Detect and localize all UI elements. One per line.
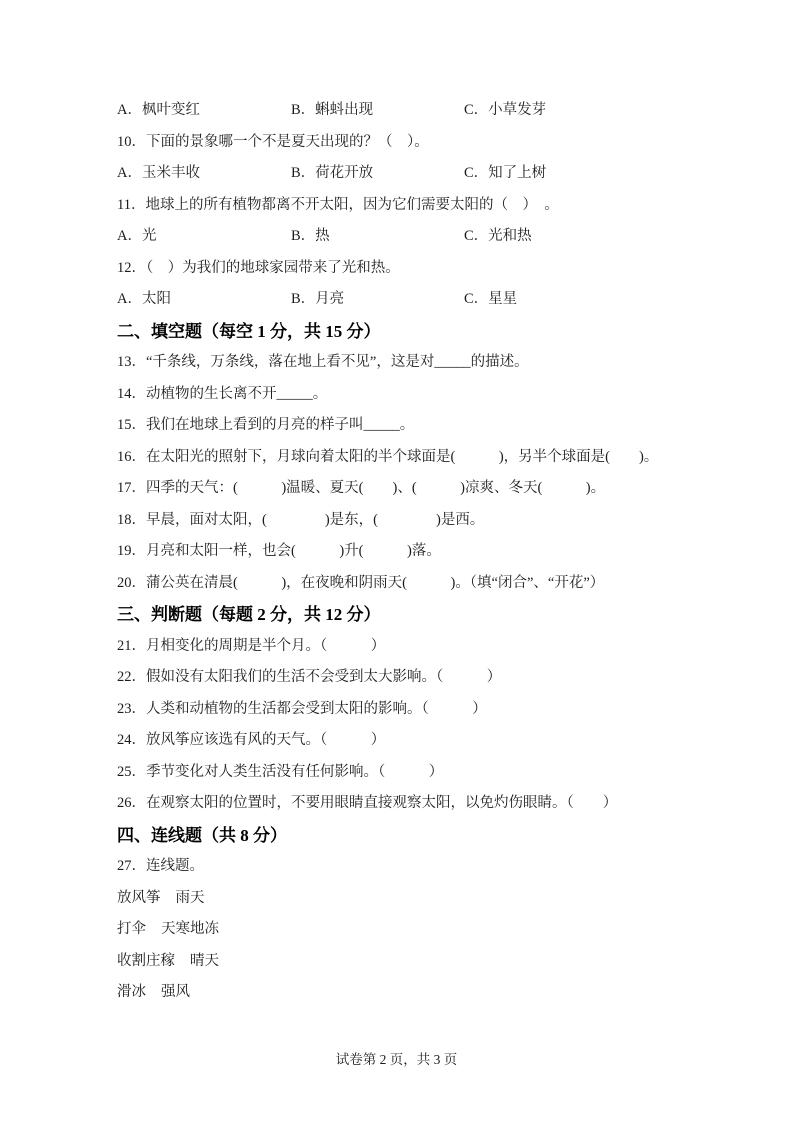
section-heading: 三、判断题（每题 2 分，共 12 分） [117, 599, 693, 631]
options-row: A．玉米丰收B．荷花开放C．知了上树 [117, 158, 693, 190]
question-line: 20．蒲公英在清晨( )，在夜晚和阴雨天( )。（填“闭合”、“开花”） [117, 568, 693, 600]
option-a: A．太阳 [117, 284, 291, 316]
match-pair-row: 放风筝雨天 [117, 883, 693, 915]
question-line: 25．季节变化对人类生活没有任何影响。（ ） [117, 757, 693, 789]
page-footer: 试卷第 2 页，共 3 页 [0, 1050, 793, 1070]
option-b: B．荷花开放 [291, 158, 464, 190]
option-b: B．热 [291, 221, 464, 253]
section-heading: 二、填空题（每空 1 分，共 15 分） [117, 316, 693, 348]
question-line: 11．地球上的所有植物都离不开太阳，因为它们需要太阳的（ ） 。 [117, 190, 693, 222]
question-line: 26．在观察太阳的位置时，不要用眼睛直接观察太阳，以免灼伤眼睛。（ ） [117, 788, 693, 820]
section-heading: 四、连线题（共 8 分） [117, 820, 693, 852]
question-line: 19．月亮和太阳一样，也会( )升( )落。 [117, 536, 693, 568]
question-line: 14．动植物的生长离不开_____。 [117, 379, 693, 411]
option-c: C．光和热 [464, 221, 693, 253]
option-c: C．小草发芽 [464, 95, 693, 127]
match-left-item: 放风筝 [117, 890, 161, 906]
question-line: 27．连线题。 [117, 851, 693, 883]
exam-paper-page: A．枫叶变红B．蝌蚪出现C．小草发芽10．下面的景象哪一个不是夏天出现的？（ ）… [0, 0, 793, 1122]
match-right-item: 雨天 [176, 890, 205, 906]
question-line: 13．“千条线，万条线，落在地上看不见”，这是对_____的描述。 [117, 347, 693, 379]
question-line: 16．在太阳光的照射下，月球向着太阳的半个球面是( )，另半个球面是( )。 [117, 442, 693, 474]
match-left-item: 收割庄稼 [117, 953, 175, 969]
option-c: C．知了上树 [464, 158, 693, 190]
question-line: 24．放风筝应该选有风的天气。（ ） [117, 725, 693, 757]
option-a: A．枫叶变红 [117, 95, 291, 127]
question-line: 10．下面的景象哪一个不是夏天出现的？（ ）。 [117, 127, 693, 159]
question-line: 22．假如没有太阳我们的生活不会受到太大影响。（ ） [117, 662, 693, 694]
question-line: 21．月相变化的周期是半个月。（ ） [117, 631, 693, 663]
question-line: 23．人类和动植物的生活都会受到太阳的影响。（ ） [117, 694, 693, 726]
options-row: A．枫叶变红B．蝌蚪出现C．小草发芽 [117, 95, 693, 127]
options-row: A．太阳B．月亮C．星星 [117, 284, 693, 316]
option-b: B．蝌蚪出现 [291, 95, 464, 127]
match-pair-row: 收割庄稼晴天 [117, 946, 693, 978]
match-pair-row: 滑冰强风 [117, 977, 693, 1009]
option-c: C．星星 [464, 284, 693, 316]
question-line: 15．我们在地球上看到的月亮的样子叫_____。 [117, 410, 693, 442]
match-left-item: 滑冰 [117, 984, 146, 1000]
match-right-item: 天寒地冻 [161, 921, 219, 937]
question-line: 12．（ ）为我们的地球家园带来了光和热。 [117, 253, 693, 285]
exam-content: A．枫叶变红B．蝌蚪出现C．小草发芽10．下面的景象哪一个不是夏天出现的？（ ）… [0, 0, 793, 1009]
match-right-item: 强风 [161, 984, 190, 1000]
match-right-item: 晴天 [190, 953, 219, 969]
question-line: 17．四季的天气：( )温暖、夏天( )、( )凉爽、冬天( )。 [117, 473, 693, 505]
option-b: B．月亮 [291, 284, 464, 316]
options-row: A．光B．热C．光和热 [117, 221, 693, 253]
match-left-item: 打伞 [117, 921, 146, 937]
question-line: 18．早晨，面对太阳，( )是东，( )是西。 [117, 505, 693, 537]
match-pair-row: 打伞天寒地冻 [117, 914, 693, 946]
option-a: A．玉米丰收 [117, 158, 291, 190]
option-a: A．光 [117, 221, 291, 253]
